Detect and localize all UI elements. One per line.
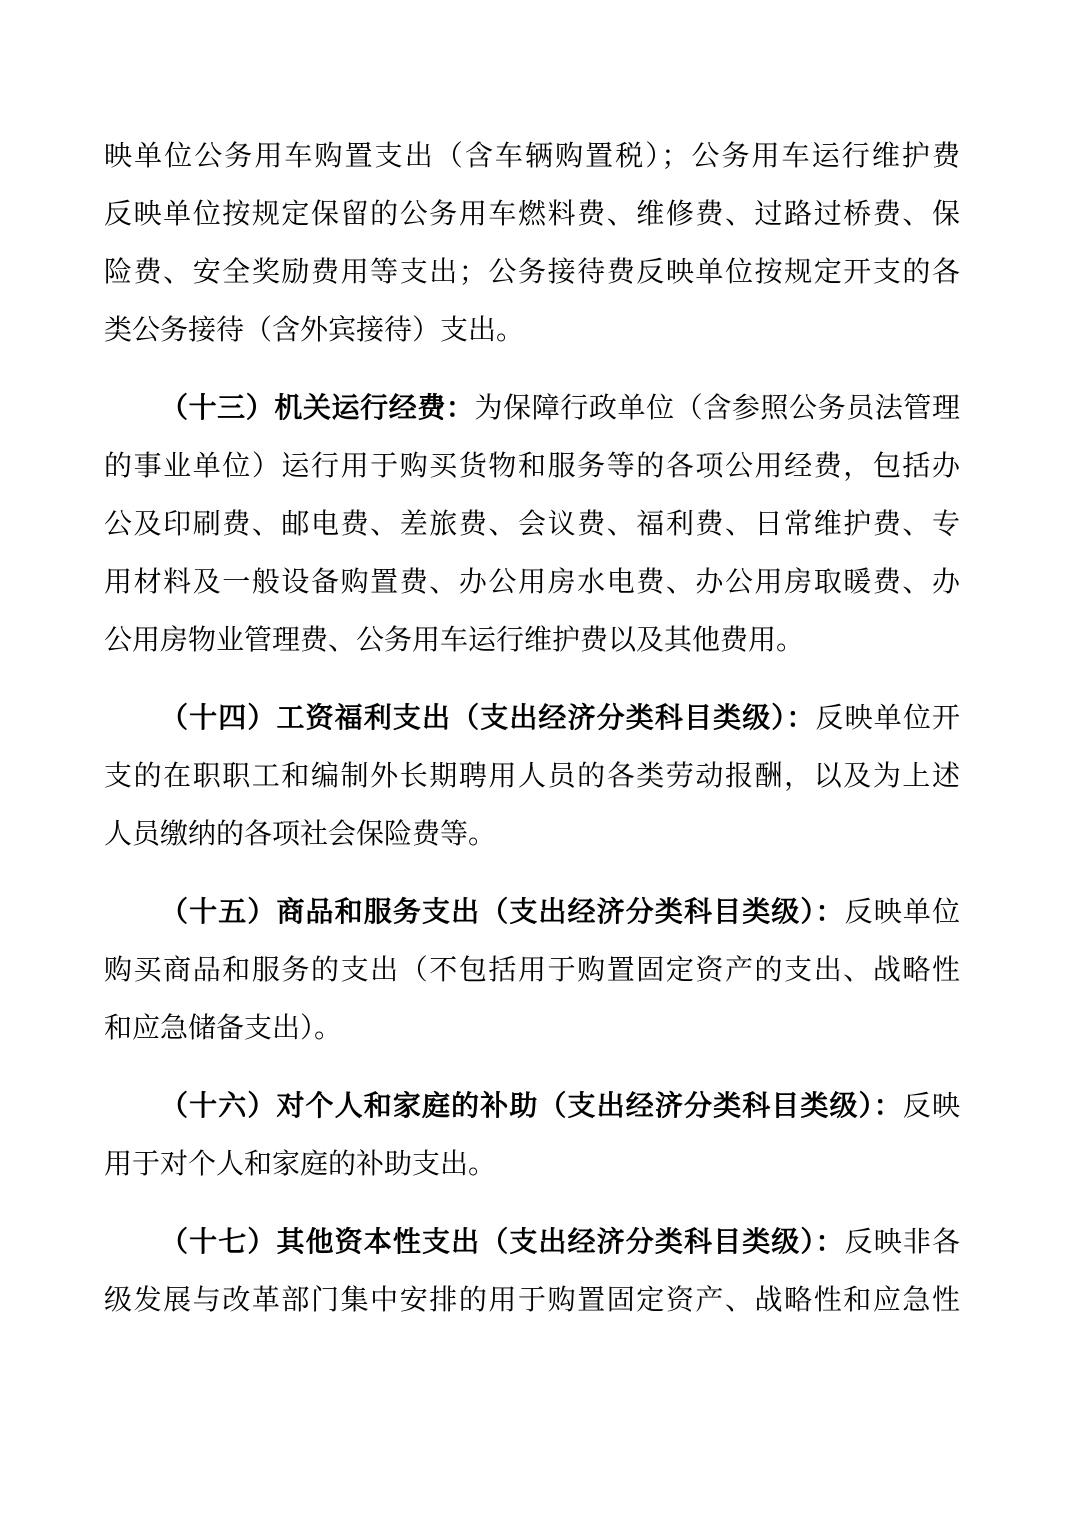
line-text: 险费、安全奖励费用等支出；公务接待费反映单位按规定开支的各 xyxy=(104,257,960,288)
line-text: 支的在职职工和编制外长期聘用人员的各类劳动报酬，以及为上述 xyxy=(104,761,960,792)
line-text: 反映单位 xyxy=(845,897,960,928)
line-text: 和应急储备支出）。 xyxy=(104,1013,342,1044)
section-14-heading: （十四）工资福利支出（支出经济分类科目类级）： xyxy=(160,703,816,734)
line-text: 公及印刷费、邮电费、差旅费、会议费、福利费、日常维护费、专 xyxy=(104,509,960,540)
text-line: 人员缴纳的各项社会保险费等。 xyxy=(104,806,960,864)
section-16-heading: （十六）对个人和家庭的补助（支出经济分类科目类级）： xyxy=(160,1091,903,1122)
text-line: 级发展与改革部门集中安排的用于购置固定资产、战略性和应急性 xyxy=(104,1272,960,1330)
text-line: （十六）对个人和家庭的补助（支出经济分类科目类级）：反映 xyxy=(104,1078,960,1136)
line-text: 购买商品和服务的支出（不包括用于购置固定资产的支出、战略性 xyxy=(104,955,960,986)
text-line: 和应急储备支出）。 xyxy=(104,1000,960,1058)
paragraph-section-17: （十七）其他资本性支出（支出经济分类科目类级）：反映非各 级发展与改革部门集中安… xyxy=(104,1214,960,1330)
text-line: 映单位公务用车购置支出（含车辆购置税）；公务用车运行维护费 xyxy=(104,128,960,186)
text-line: 反映单位按规定保留的公务用车燃料费、维修费、过路过桥费、保 xyxy=(104,186,960,244)
line-text: 映单位公务用车购置支出（含车辆购置税）；公务用车运行维护费 xyxy=(104,141,960,172)
line-text: 反映单位开 xyxy=(816,703,960,734)
line-text: 公用房物业管理费、公务用车运行维护费以及其他费用。 xyxy=(104,625,804,656)
document-body: 映单位公务用车购置支出（含车辆购置税）；公务用车运行维护费 反映单位按规定保留的… xyxy=(104,128,960,1330)
line-text: 为保障行政单位（含参照公务员法管理 xyxy=(475,393,960,424)
text-line: （十四）工资福利支出（支出经济分类科目类级）：反映单位开 xyxy=(104,690,960,748)
text-line: 险费、安全奖励费用等支出；公务接待费反映单位按规定开支的各 xyxy=(104,244,960,302)
text-line: 支的在职职工和编制外长期聘用人员的各类劳动报酬，以及为上述 xyxy=(104,748,960,806)
text-line: （十七）其他资本性支出（支出经济分类科目类级）：反映非各 xyxy=(104,1214,960,1272)
line-text: 用于对个人和家庭的补助支出。 xyxy=(104,1149,496,1180)
text-line: （十三）机关运行经费：为保障行政单位（含参照公务员法管理 xyxy=(104,380,960,438)
section-15-heading: （十五）商品和服务支出（支出经济分类科目类级）： xyxy=(160,897,845,928)
text-line: 购买商品和服务的支出（不包括用于购置固定资产的支出、战略性 xyxy=(104,942,960,1000)
line-text: 反映单位按规定保留的公务用车燃料费、维修费、过路过桥费、保 xyxy=(104,199,960,230)
line-text: 级发展与改革部门集中安排的用于购置固定资产、战略性和应急性 xyxy=(104,1285,960,1316)
line-text: 类公务接待（含外宾接待）支出。 xyxy=(104,315,524,346)
paragraph-section-15: （十五）商品和服务支出（支出经济分类科目类级）：反映单位 购买商品和服务的支出（… xyxy=(104,884,960,1058)
paragraph-section-13: （十三）机关运行经费：为保障行政单位（含参照公务员法管理 的事业单位）运行用于购… xyxy=(104,380,960,670)
line-text: 反映 xyxy=(903,1091,960,1122)
text-line: 公及印刷费、邮电费、差旅费、会议费、福利费、日常维护费、专 xyxy=(104,496,960,554)
line-text: 用材料及一般设备购置费、办公用房水电费、办公用房取暖费、办 xyxy=(104,567,960,598)
line-text: 人员缴纳的各项社会保险费等。 xyxy=(104,819,496,850)
paragraph-section-14: （十四）工资福利支出（支出经济分类科目类级）：反映单位开 支的在职职工和编制外长… xyxy=(104,690,960,864)
section-13-heading: （十三）机关运行经费： xyxy=(160,393,475,424)
paragraph-continuation: 映单位公务用车购置支出（含车辆购置税）；公务用车运行维护费 反映单位按规定保留的… xyxy=(104,128,960,360)
document-page: 映单位公务用车购置支出（含车辆购置税）；公务用车运行维护费 反映单位按规定保留的… xyxy=(0,0,1075,1520)
paragraph-section-16: （十六）对个人和家庭的补助（支出经济分类科目类级）：反映 用于对个人和家庭的补助… xyxy=(104,1078,960,1194)
line-text: 反映非各 xyxy=(845,1227,960,1258)
text-line: （十五）商品和服务支出（支出经济分类科目类级）：反映单位 xyxy=(104,884,960,942)
text-line: 公用房物业管理费、公务用车运行维护费以及其他费用。 xyxy=(104,612,960,670)
text-line: 的事业单位）运行用于购买货物和服务等的各项公用经费，包括办 xyxy=(104,438,960,496)
section-17-heading: （十七）其他资本性支出（支出经济分类科目类级）： xyxy=(160,1227,845,1258)
text-line: 用于对个人和家庭的补助支出。 xyxy=(104,1136,960,1194)
line-text: 的事业单位）运行用于购买货物和服务等的各项公用经费，包括办 xyxy=(104,451,960,482)
text-line: 用材料及一般设备购置费、办公用房水电费、办公用房取暖费、办 xyxy=(104,554,960,612)
text-line: 类公务接待（含外宾接待）支出。 xyxy=(104,302,960,360)
